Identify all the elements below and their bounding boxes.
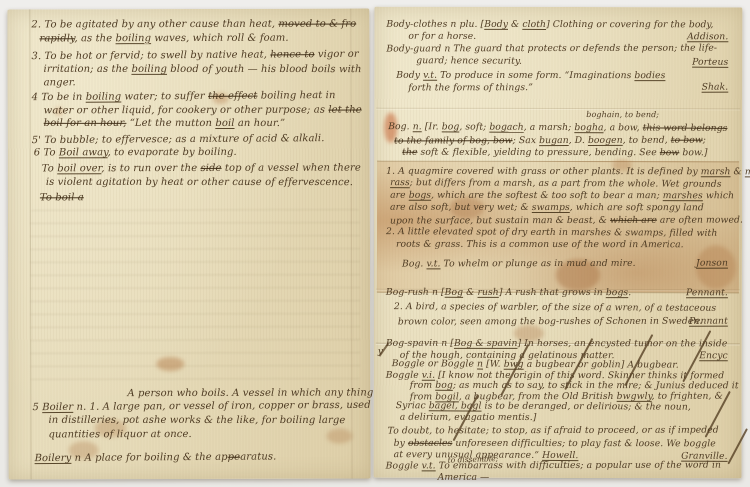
manuscript-text: the effect bbox=[208, 91, 257, 102]
manuscript-text: Bog bbox=[445, 287, 463, 298]
manuscript-text: v.t. bbox=[426, 259, 440, 270]
manuscript-text: bugan bbox=[539, 135, 569, 146]
manuscript-text: to the family of bog, bow bbox=[394, 135, 512, 146]
manuscript-line: forth the forms of things.”Shak. bbox=[408, 82, 738, 95]
manuscript-line: Body-clothes n plu. [Body & cloth] Cloth… bbox=[386, 19, 738, 32]
manuscript-text: water or other liquid, for cookery or ot… bbox=[44, 104, 329, 116]
manuscript-text: To doubt, to hesitate; to stop, as if af… bbox=[388, 425, 719, 437]
manuscript-left-page: 2. To be agitated by any other cause tha… bbox=[7, 9, 370, 480]
manuscript-line: Body v.t. To produce in some form. “Imag… bbox=[396, 69, 738, 82]
manuscript-text: bog bbox=[442, 122, 460, 133]
manuscript-text: an hour.” bbox=[235, 118, 286, 129]
manuscript-text: guard; hence security. bbox=[416, 55, 522, 67]
manuscript-text: Bog & spavin bbox=[454, 338, 518, 349]
manuscript-text: top of a vessel when there bbox=[222, 162, 361, 173]
manuscript-text: , soft; bbox=[459, 122, 489, 133]
manuscript-text: , D. bbox=[569, 134, 588, 145]
manuscript-text: Boil away bbox=[59, 148, 108, 159]
manuscript-text: Jonson bbox=[696, 258, 728, 269]
manuscript-text: bogs bbox=[606, 287, 628, 298]
manuscript-line: 5 Boiler n. 1. A large pan, or vessel of… bbox=[32, 400, 366, 416]
manuscript-line: to the family of bog, bow; Sax bugan, D.… bbox=[394, 134, 738, 147]
manuscript-text: by bbox=[394, 437, 408, 448]
manuscript-text: [W. bbox=[483, 359, 504, 370]
manuscript-text: aratus. bbox=[240, 452, 276, 463]
manuscript-text: & bbox=[731, 166, 745, 177]
manuscript-text: Body-guard n The guard that protects or … bbox=[386, 43, 717, 55]
manuscript-text: 2. A little elevated spot of dry earth i… bbox=[386, 226, 717, 239]
manuscript-line: the soft & flexible, yielding to pressur… bbox=[402, 146, 738, 159]
manuscript-text: Pennant. bbox=[686, 288, 728, 299]
manuscript-text: ; bbox=[703, 134, 706, 145]
manuscript-line: To boil over, is to run over the side to… bbox=[42, 162, 366, 176]
manuscript-line: America — bbox=[438, 472, 738, 485]
manuscript-line: irritation; as the boiling blood of yout… bbox=[44, 64, 366, 78]
manuscript-text: , as the bbox=[74, 33, 115, 44]
manuscript-line: water or other liquid, for cookery or ot… bbox=[44, 104, 366, 118]
manuscript-text: bow.] bbox=[679, 147, 707, 158]
manuscript-text: hence to bbox=[270, 49, 314, 60]
manuscript-text: vigor or bbox=[315, 49, 359, 60]
manuscript-line: in distilleries, pot ashe works & the li… bbox=[48, 415, 366, 429]
manuscript-text: Bog-spavin n [ bbox=[386, 338, 454, 349]
manuscript-text: marshes bbox=[663, 190, 703, 201]
manuscript-line: boil for an hour, “Let the mutton boil a… bbox=[44, 118, 366, 132]
manuscript-line: are bogs, which are the softest & too so… bbox=[390, 190, 738, 203]
manuscript-text: ; Sax bbox=[513, 135, 540, 146]
manuscript-text: side bbox=[201, 163, 222, 174]
manuscript-text: marsh bbox=[701, 166, 731, 177]
manuscript-text: pe bbox=[228, 452, 241, 463]
manuscript-text: bodies bbox=[634, 70, 665, 81]
manuscript-text: ] Clothing or covering for the body, bbox=[546, 19, 713, 30]
manuscript-text: , a bow, bbox=[604, 123, 643, 134]
manuscript-text: soft & flexible, yielding to pressure, b… bbox=[418, 146, 660, 157]
manuscript-text: Boggle bbox=[386, 460, 422, 471]
manuscript-line: roots & grass. This is a common use of t… bbox=[396, 239, 738, 252]
manuscript-text: rapidly bbox=[39, 33, 74, 44]
manuscript-text: bow bbox=[660, 147, 680, 158]
manuscript-text: , which are the softest & too soft to be… bbox=[431, 190, 663, 201]
manuscript-text: Boggle or Boggle bbox=[392, 358, 477, 369]
manuscript-line: is violent agitation by heat or other ca… bbox=[46, 176, 366, 190]
manuscript-text: Body bbox=[396, 69, 423, 80]
manuscript-text: Boiler bbox=[42, 402, 73, 413]
manuscript-text: boogen bbox=[588, 134, 623, 145]
manuscript-line: are also soft, but very wet; & swamps, w… bbox=[390, 202, 738, 215]
manuscript-text: boil bbox=[215, 118, 234, 129]
manuscript-text: anger. bbox=[44, 78, 76, 89]
manuscript-text: are also soft, but very wet; & bbox=[390, 202, 532, 213]
manuscript-scan: 2. To be agitated by any other cause tha… bbox=[0, 0, 750, 487]
manuscript-text: Pennant bbox=[689, 315, 728, 326]
manuscript-text: let the bbox=[328, 104, 361, 115]
manuscript-line: Bog. n. [Ir. bog, soft; bogach, a marsh;… bbox=[388, 121, 738, 135]
manuscript-text: to bow bbox=[671, 134, 703, 145]
manuscript-text: v.t. bbox=[422, 460, 436, 471]
interlinear-insertion: to dissemble; bbox=[447, 454, 498, 465]
manuscript-text: bogach bbox=[489, 122, 523, 133]
manuscript-text: or for a horse. bbox=[408, 31, 476, 42]
manuscript-line: brown color, seen among the bog-rushes o… bbox=[398, 315, 738, 328]
manuscript-line: guard; hence security.Porteus bbox=[416, 55, 738, 69]
manuscript-text: rush bbox=[477, 287, 498, 298]
manuscript-text: bog bbox=[435, 379, 453, 390]
manuscript-line: 3. To be hot or fervid; to swell by nati… bbox=[31, 49, 365, 65]
manuscript-text: this word belongs bbox=[643, 123, 728, 134]
manuscript-text: moved to & fro bbox=[278, 19, 356, 30]
manuscript-text: America — bbox=[438, 472, 490, 483]
manuscript-text: 5 bbox=[32, 402, 42, 413]
manuscript-text: is violent agitation by heat or other ca… bbox=[46, 176, 353, 187]
manuscript-text: n. 1. A large pan, or vessel of iron, co… bbox=[73, 400, 371, 413]
manuscript-line: Bog. v.t. To whelm or plunge as in mud a… bbox=[402, 258, 738, 271]
manuscript-text: blood of youth — his blood boils with bbox=[167, 64, 362, 75]
manuscript-text: [Ir. bbox=[422, 122, 442, 133]
manuscript-text: are often mowed. bbox=[657, 214, 743, 225]
manuscript-line: 6 To Boil away, to evaporate by boiling. bbox=[34, 147, 366, 161]
manuscript-text: 1. A quagmire covered with grass or othe… bbox=[386, 166, 701, 178]
manuscript-text: obstacles bbox=[408, 437, 452, 448]
manuscript-text: ] In horses, an encysted tumor on the in… bbox=[517, 338, 727, 349]
manuscript-text: , to evaporate by boiling. bbox=[108, 147, 237, 158]
manuscript-line: 2. A bird, a species of warbler, of the … bbox=[394, 301, 738, 315]
manuscript-text: To whelm or plunge as in mud and mire. bbox=[441, 258, 636, 270]
manuscript-text: Body-clothes n plu. [ bbox=[386, 19, 484, 30]
manuscript-text: To boil a bbox=[40, 192, 84, 203]
manuscript-text: , which are soft spongy land bbox=[570, 202, 704, 213]
manuscript-text: , is to run over the bbox=[101, 163, 200, 174]
manuscript-line: rapidly, as the boiling waves, which rol… bbox=[39, 32, 365, 46]
manuscript-text: in distilleries, pot ashe works & the li… bbox=[48, 415, 345, 426]
manuscript-line: Bog-spavin n [Bog & spavin] In horses, a… bbox=[386, 338, 738, 351]
manuscript-text: bogha bbox=[574, 122, 603, 133]
manuscript-text: are bbox=[390, 190, 409, 201]
manuscript-text: the bbox=[402, 146, 417, 157]
manuscript-text: boiling heat in bbox=[257, 90, 335, 102]
manuscript-text: water; to suffer bbox=[121, 91, 208, 103]
manuscript-text: from bbox=[410, 379, 435, 390]
manuscript-text: cloth bbox=[522, 19, 546, 30]
manuscript-line: by obstacles unforeseen difficulties; to… bbox=[394, 437, 738, 450]
manuscript-text: Body bbox=[484, 19, 508, 30]
manuscript-text: boil over bbox=[57, 163, 101, 174]
manuscript-text: . bbox=[628, 287, 631, 298]
manuscript-text: roots & grass. This is a common use of t… bbox=[396, 239, 684, 251]
manuscript-text: 4 To be in bbox=[32, 92, 86, 103]
manuscript-text: 6 To bbox=[34, 148, 59, 159]
manuscript-text: forth the forms of things.” bbox=[408, 82, 533, 93]
manuscript-text: Bog-rush n [ bbox=[386, 287, 445, 298]
manuscript-text: boiling bbox=[116, 33, 152, 44]
manuscript-text: , to bend, bbox=[623, 134, 671, 145]
manuscript-text: Boilery bbox=[35, 453, 72, 464]
manuscript-line: 2. To be agitated by any other cause tha… bbox=[31, 19, 365, 33]
margin-mark: y bbox=[378, 347, 383, 357]
manuscript-text: 2. To be agitated by any other cause tha… bbox=[31, 19, 278, 31]
manuscript-line: a delirium, evagatio mentis.] bbox=[400, 412, 738, 425]
manuscript-text: Bog. bbox=[402, 259, 427, 270]
manuscript-right-page: y to dissemble; Body-clothes n plu. [Bod… bbox=[374, 7, 743, 479]
manuscript-text: irritation; as the bbox=[44, 64, 132, 75]
manuscript-line: To boil a bbox=[40, 192, 366, 206]
manuscript-line: Boilery n A place for boiling & the appe… bbox=[35, 451, 367, 467]
manuscript-line: boghain, to bend; bbox=[586, 110, 738, 122]
manuscript-text: 3. To be hot or fervid; to swell by nati… bbox=[31, 50, 270, 63]
manuscript-text: ; but differs from a marsh, as a part fr… bbox=[410, 177, 722, 190]
manuscript-text: boghain, to bend; bbox=[586, 110, 659, 119]
manuscript-text: Bog. bbox=[388, 121, 413, 132]
manuscript-text: bwgwly bbox=[617, 391, 652, 402]
manuscript-text: 5' To bubble; to effervesce; as a mixtur… bbox=[32, 133, 325, 146]
manuscript-text: , to frighten, & bbox=[652, 391, 723, 402]
manuscript-text: boiling bbox=[131, 64, 167, 75]
manuscript-text: & bbox=[463, 287, 477, 298]
manuscript-text: rass bbox=[390, 177, 410, 188]
manuscript-text: swamps bbox=[532, 202, 570, 213]
manuscript-text: v.t. bbox=[423, 70, 437, 81]
manuscript-text: ; as much as to say, to stick in the mir… bbox=[453, 380, 739, 391]
manuscript-text: To bbox=[42, 163, 57, 174]
manuscript-text: , a marsh; bbox=[524, 122, 575, 133]
manuscript-text: which are bbox=[610, 214, 657, 225]
manuscript-text: Syriac bbox=[396, 400, 429, 411]
manuscript-text: Porteus bbox=[692, 56, 728, 67]
manuscript-text: is to be deranged, or delirious; & the n… bbox=[482, 401, 691, 413]
manuscript-text: boiling bbox=[86, 91, 122, 102]
manuscript-line: Body-guard n The guard that protects or … bbox=[386, 43, 738, 56]
manuscript-text: 2. A bird, a species of warbler, of the … bbox=[394, 301, 716, 314]
manuscript-text: which bbox=[703, 191, 734, 202]
manuscript-line: upon the surface, but sustain man & beas… bbox=[390, 214, 738, 227]
manuscript-line: quantities of liquor at once. bbox=[48, 428, 366, 442]
manuscript-text: n. bbox=[413, 122, 422, 133]
manuscript-line: Bog-rush n [Bog & rush] A rush that grow… bbox=[386, 287, 738, 300]
manuscript-text: Addison. bbox=[687, 31, 728, 42]
manuscript-text: & bbox=[508, 19, 522, 30]
manuscript-line: To doubt, to hesitate; to stop, as if af… bbox=[388, 425, 738, 438]
manuscript-text: upon the surface, but sustain man & beas… bbox=[390, 215, 610, 227]
left-page-text: 2. To be agitated by any other cause tha… bbox=[31, 19, 366, 467]
manuscript-text: bogs bbox=[409, 190, 431, 201]
manuscript-text: brown color, seen among the bog-rushes o… bbox=[398, 315, 703, 327]
manuscript-text: To produce in some form. “Imaginations bbox=[437, 70, 634, 81]
manuscript-text: n A place for boiling & the ap bbox=[71, 452, 227, 464]
manuscript-line: Boggle v.t. To embarrass with difficulti… bbox=[386, 460, 738, 473]
manuscript-text: “Let the mutton bbox=[126, 118, 215, 129]
manuscript-text: ] A rush that grows in bbox=[499, 287, 606, 298]
manuscript-text: quantities of liquor at once. bbox=[48, 428, 191, 439]
manuscript-text: boil for an hour, bbox=[44, 118, 127, 129]
right-page-text: Body-clothes n plu. [Body & cloth] Cloth… bbox=[386, 19, 739, 485]
manuscript-text: unforeseen difficulties; to play fast & … bbox=[452, 437, 715, 448]
manuscript-text: mo- bbox=[745, 166, 750, 177]
manuscript-text: Shak. bbox=[702, 82, 729, 93]
manuscript-text: waves, which roll & foam. bbox=[151, 32, 289, 43]
